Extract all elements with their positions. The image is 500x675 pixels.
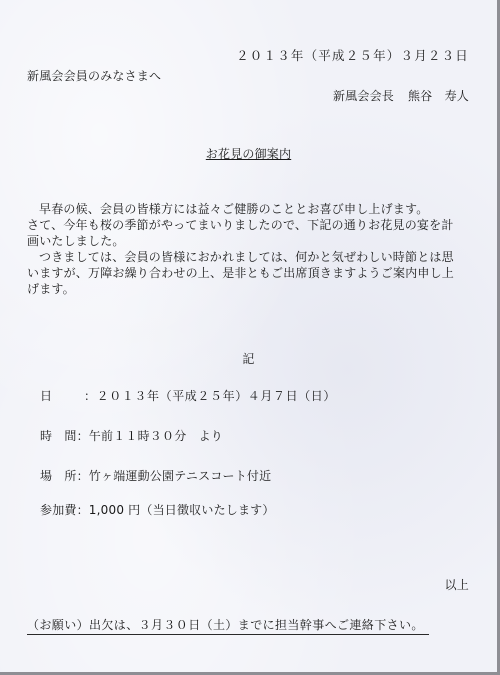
detail-time: 時 間：午前１１時３０分 より <box>40 429 223 443</box>
detail-value: ：1,000 円（当日徴収いたします） <box>77 503 275 517</box>
sender-name: 熊谷 寿人 <box>408 89 469 103</box>
sender: 新風会会長熊谷 寿人 <box>333 89 469 103</box>
paragraph-invitation: つきましては、会員の皆様におかれましては、何かと気ぜわしい時節とは思 いますが、… <box>27 249 472 297</box>
paragraph-line: つきましては、会員の皆様におかれましては、何かと気ぜわしい時節とは思 <box>27 249 472 265</box>
document-title: お花見の御案内 <box>0 147 497 161</box>
paragraph-line: 早春の候、会員の皆様方には益々ご健勝のこととお喜び申し上げます。 <box>27 201 472 217</box>
detail-label: 時 間 <box>40 429 77 443</box>
paragraph-line: さて、今年も桜の季節がやってまいりましたので、下記の通りお花見の宴を計 <box>27 217 472 233</box>
detail-label: 日 <box>40 389 84 403</box>
detail-fee: 参加費：1,000 円（当日徴収いたします） <box>40 503 275 517</box>
paragraph-line: 画いたしました。 <box>27 233 472 249</box>
ki-heading: 記 <box>0 352 497 366</box>
detail-value: ：午前１１時３０分 より <box>77 429 223 443</box>
sender-title: 新風会会長 <box>333 89 394 103</box>
rsvp-note: （お願い）出欠は、３月３０日（土）までに担当幹事へご連絡下さい。 <box>27 618 424 632</box>
paragraph-line: げます。 <box>27 281 472 297</box>
recipient: 新風会会員のみなさまへ <box>27 69 161 83</box>
detail-place: 場 所：竹ヶ端運動公園テニスコート付近 <box>40 469 271 483</box>
detail-value: ：竹ヶ端運動公園テニスコート付近 <box>77 469 272 483</box>
paragraph-greeting: 早春の候、会員の皆様方には益々ご健勝のこととお喜び申し上げます。 さて、今年も桜… <box>27 201 472 249</box>
detail-label: 場 所 <box>40 469 77 483</box>
paragraph-line: いますが、万障お繰り合わせの上、是非ともご出席頂きますようご案内申し上 <box>27 265 472 281</box>
letter-date: ２０１３年（平成２５年）３月２３日 <box>236 49 469 63</box>
closing-mark: 以上 <box>445 578 469 592</box>
detail-label: 参加費 <box>40 503 77 517</box>
detail-date: 日：２０１３年（平成２５年）４月７日（日） <box>40 389 336 403</box>
detail-value: ：２０１３年（平成２５年）４月７日（日） <box>84 389 336 403</box>
letter-page: ２０１３年（平成２５年）３月２３日 新風会会員のみなさまへ 新風会会長熊谷 寿人… <box>0 0 497 672</box>
note-underline <box>27 634 429 635</box>
